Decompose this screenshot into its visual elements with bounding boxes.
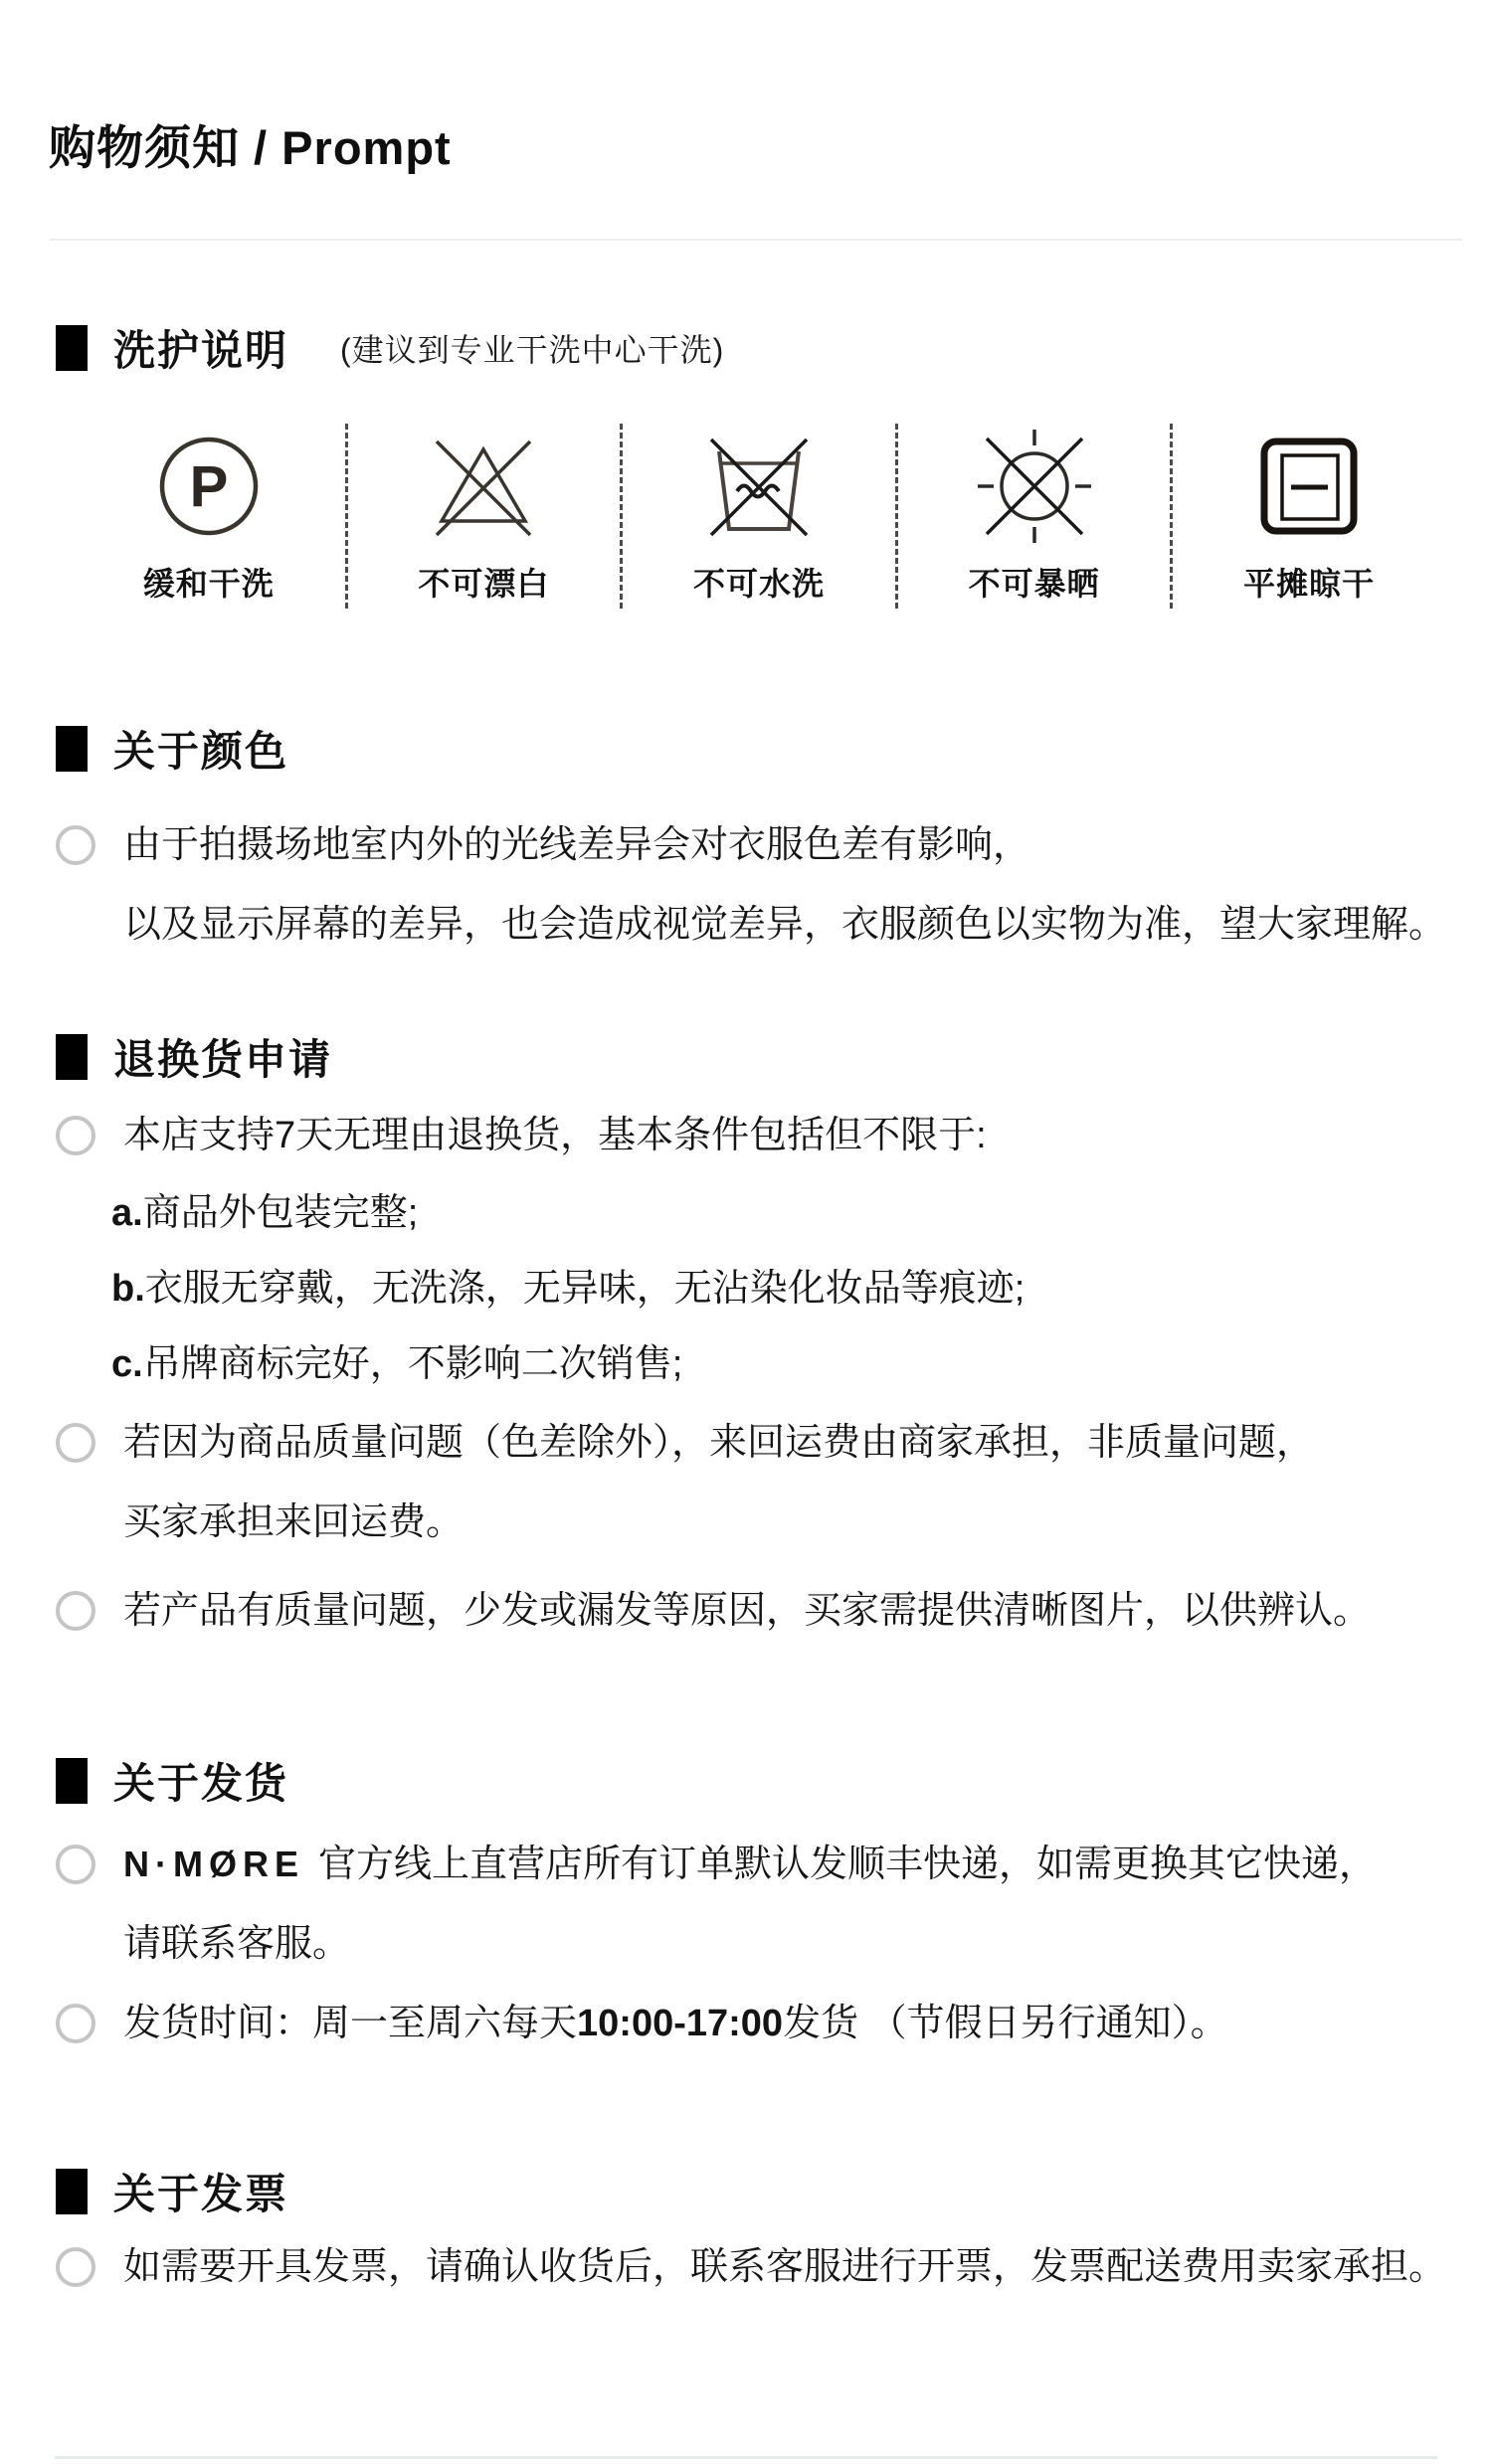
section-care-header: 洗护说明 (建议到专业干洗中心干洗) <box>56 318 724 378</box>
circle-bullet-icon <box>56 1423 95 1463</box>
care-icon-label: 缓和干洗 <box>143 559 275 605</box>
care-icon-cell: 不可暴晒 <box>898 422 1171 609</box>
shipping-time-text: 发货时间：周一至周六每天10:00-17:00发货 （节假日另行通知）。 <box>123 1984 1228 2063</box>
care-icon-cell: 不可漂白 <box>348 422 621 609</box>
section-care-subtitle: (建议到专业干洗中心干洗) <box>340 325 724 371</box>
invoice-item: 如需要开具发票，请确认收货后，联系客服进行开票，发票配送费用卖家承担。 <box>56 2227 1446 2307</box>
square-bullet-icon <box>56 1758 88 1804</box>
section-color-title: 关于颜色 <box>113 719 288 779</box>
square-bullet-icon <box>56 2169 88 2214</box>
circle-bullet-icon <box>56 825 95 865</box>
circle-bullet-icon <box>56 1845 95 1884</box>
section-shipping-title: 关于发货 <box>113 1751 288 1811</box>
condition-a: a.商品外包装完整; <box>111 1175 1025 1251</box>
svg-text:P: P <box>189 454 228 519</box>
condition-b: b.衣服无穿戴，无洗涤，无异味，无沾染化妆品等痕迹; <box>111 1251 1025 1326</box>
circle-bullet-icon <box>56 1591 95 1631</box>
square-bullet-icon <box>56 726 88 772</box>
circle-bullet-icon <box>56 2004 95 2043</box>
care-icon-label: 不可暴晒 <box>969 559 1100 605</box>
section-invoice-header: 关于发票 <box>56 2162 288 2221</box>
section-returns-header: 退换货申请 <box>56 1027 332 1087</box>
returns-quality-text: 若因为商品质量问题（色差除外），来回运费由商家承担，非质量问题， 买家承担来回运… <box>123 1403 1314 1562</box>
care-icon-cell: 平摊晾干 <box>1173 422 1445 609</box>
section-shipping-header: 关于发货 <box>56 1751 288 1811</box>
bottom-divider <box>55 2456 1437 2459</box>
color-note-item: 由于拍摄场地室内外的光线差异会对衣服色差有影响， 以及显示屏幕的差异，也会造成视… <box>56 805 1446 965</box>
returns-evidence-item: 若产品有质量问题，少发或漏发等原因，买家需提供清晰图片，以供辨认。 <box>56 1571 1371 1651</box>
shipping-courier-item: N·MØRE官方线上直营店所有订单默认发顺丰快递，如需更换其它快递， 请联系客服… <box>56 1825 1377 1984</box>
shopping-notice-page: 购物须知 / Prompt 洗护说明 (建议到专业干洗中心干洗) P 缓和干洗 <box>0 0 1492 2464</box>
shipping-time-item: 发货时间：周一至周六每天10:00-17:00发货 （节假日另行通知）。 <box>56 1984 1228 2063</box>
returns-conditions-list: a.商品外包装完整; b.衣服无穿戴，无洗涤，无异味，无沾染化妆品等痕迹; c.… <box>111 1175 1025 1402</box>
care-icons-row: P 缓和干洗 不可漂白 <box>73 422 1445 609</box>
circle-bullet-icon <box>56 2247 95 2287</box>
returns-evidence-text: 若产品有质量问题，少发或漏发等原因，买家需提供清晰图片，以供辨认。 <box>123 1571 1371 1651</box>
no-bleach-icon <box>425 422 542 551</box>
square-bullet-icon <box>56 325 88 371</box>
section-care-title: 洗护说明 <box>113 318 288 378</box>
section-color-header: 关于颜色 <box>56 719 288 779</box>
care-icon-label: 不可水洗 <box>693 559 825 605</box>
section-returns-title: 退换货申请 <box>113 1027 332 1087</box>
circle-bullet-icon <box>56 1116 95 1155</box>
color-note-text: 由于拍摄场地室内外的光线差异会对衣服色差有影响， 以及显示屏幕的差异，也会造成视… <box>123 805 1446 965</box>
returns-intro-item: 本店支持7天无理由退换货，基本条件包括但不限于: <box>56 1096 987 1175</box>
square-bullet-icon <box>56 1034 88 1080</box>
page-title: 购物须知 / Prompt <box>49 111 452 178</box>
no-wash-icon <box>695 422 823 551</box>
condition-c: c.吊牌商标完好，不影响二次销售; <box>111 1326 1025 1402</box>
section-invoice-title: 关于发票 <box>113 2162 288 2221</box>
dry-clean-gentle-icon: P <box>158 422 260 551</box>
shipping-courier-text: N·MØRE官方线上直营店所有订单默认发顺丰快递，如需更换其它快递， 请联系客服… <box>123 1825 1377 1984</box>
flat-dry-icon <box>1258 422 1360 551</box>
no-sun-dry-icon <box>969 422 1100 551</box>
top-divider <box>50 239 1462 241</box>
brand-logo-text: N·MØRE <box>123 1844 304 1884</box>
care-icon-label: 不可漂白 <box>418 559 549 605</box>
care-icon-label: 平摊晾干 <box>1243 559 1375 605</box>
returns-quality-item: 若因为商品质量问题（色差除外），来回运费由商家承担，非质量问题， 买家承担来回运… <box>56 1403 1314 1562</box>
care-icon-cell: P 缓和干洗 <box>73 422 345 609</box>
returns-intro-text: 本店支持7天无理由退换货，基本条件包括但不限于: <box>123 1096 987 1175</box>
care-icon-cell: 不可水洗 <box>623 422 895 609</box>
invoice-text: 如需要开具发票，请确认收货后，联系客服进行开票，发票配送费用卖家承担。 <box>123 2227 1446 2307</box>
